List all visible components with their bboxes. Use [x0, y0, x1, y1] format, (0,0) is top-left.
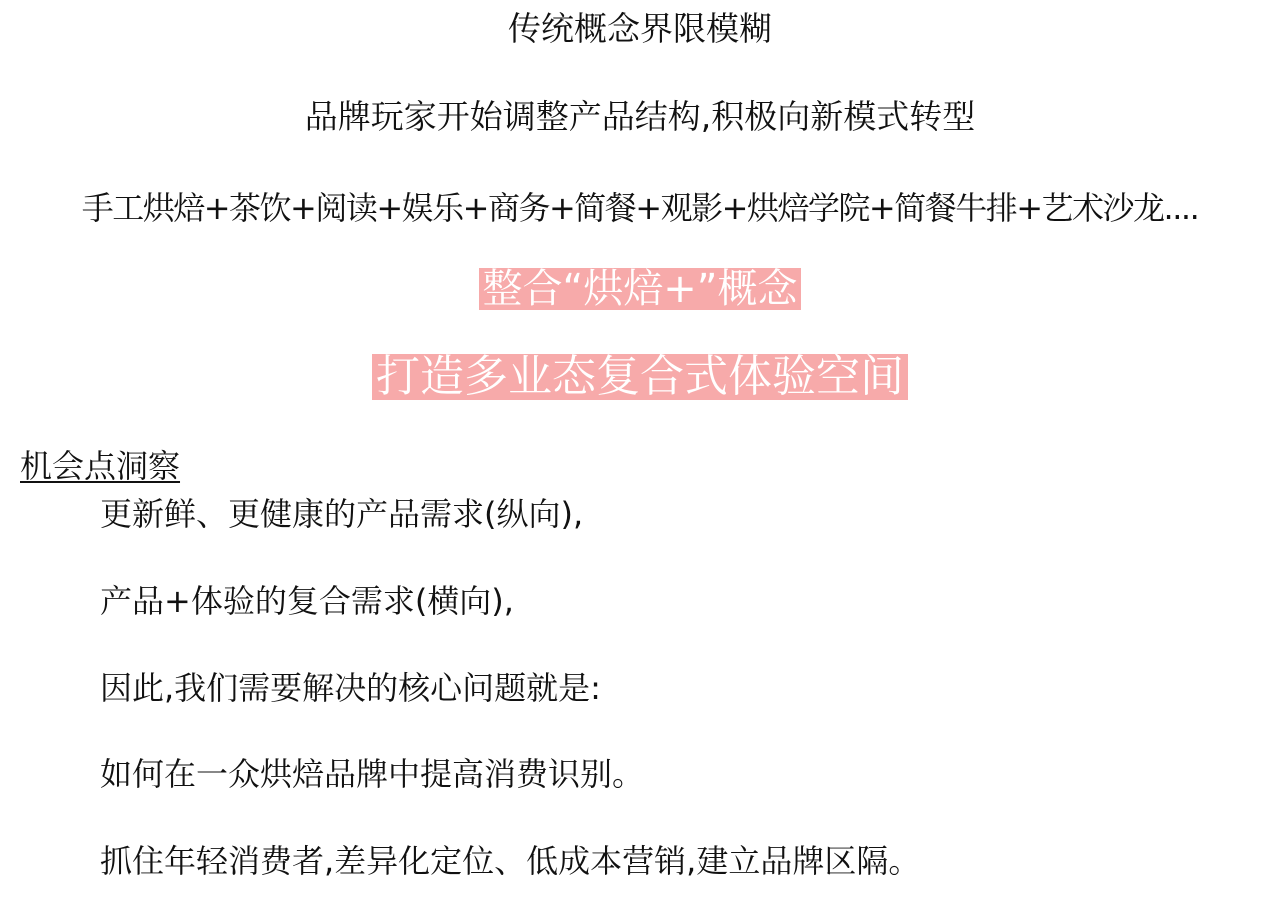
insight-item: 更新鲜、更健康的产品需求(纵向), [100, 498, 583, 530]
business-combo-line: 手工烘焙+茶饮+阅读+娱乐+商务+简餐+观影+烘焙学院+简餐牛排+艺术沙龙...… [0, 192, 1280, 224]
title-line-1: 传统概念界限模糊 [0, 12, 1280, 45]
highlight-block-2: 打造多业态复合式体验空间 [0, 354, 1280, 400]
title-line-2: 品牌玩家开始调整产品结构,积极向新模式转型 [0, 100, 1280, 133]
insight-item: 抓住年轻消费者,差异化定位、低成本营销,建立品牌区隔。 [100, 845, 920, 877]
insight-item: 如何在一众烘焙品牌中提高消费识别。 [100, 758, 644, 790]
highlight-text-1: 整合“烘焙+”概念 [479, 268, 802, 310]
highlight-block-1: 整合“烘焙+”概念 [0, 268, 1280, 310]
insight-item: 因此,我们需要解决的核心问题就是: [100, 672, 601, 704]
section-heading: 机会点洞察 [20, 450, 180, 482]
highlight-text-2: 打造多业态复合式体验空间 [372, 354, 908, 400]
insight-item: 产品+体验的复合需求(横向), [100, 585, 514, 617]
